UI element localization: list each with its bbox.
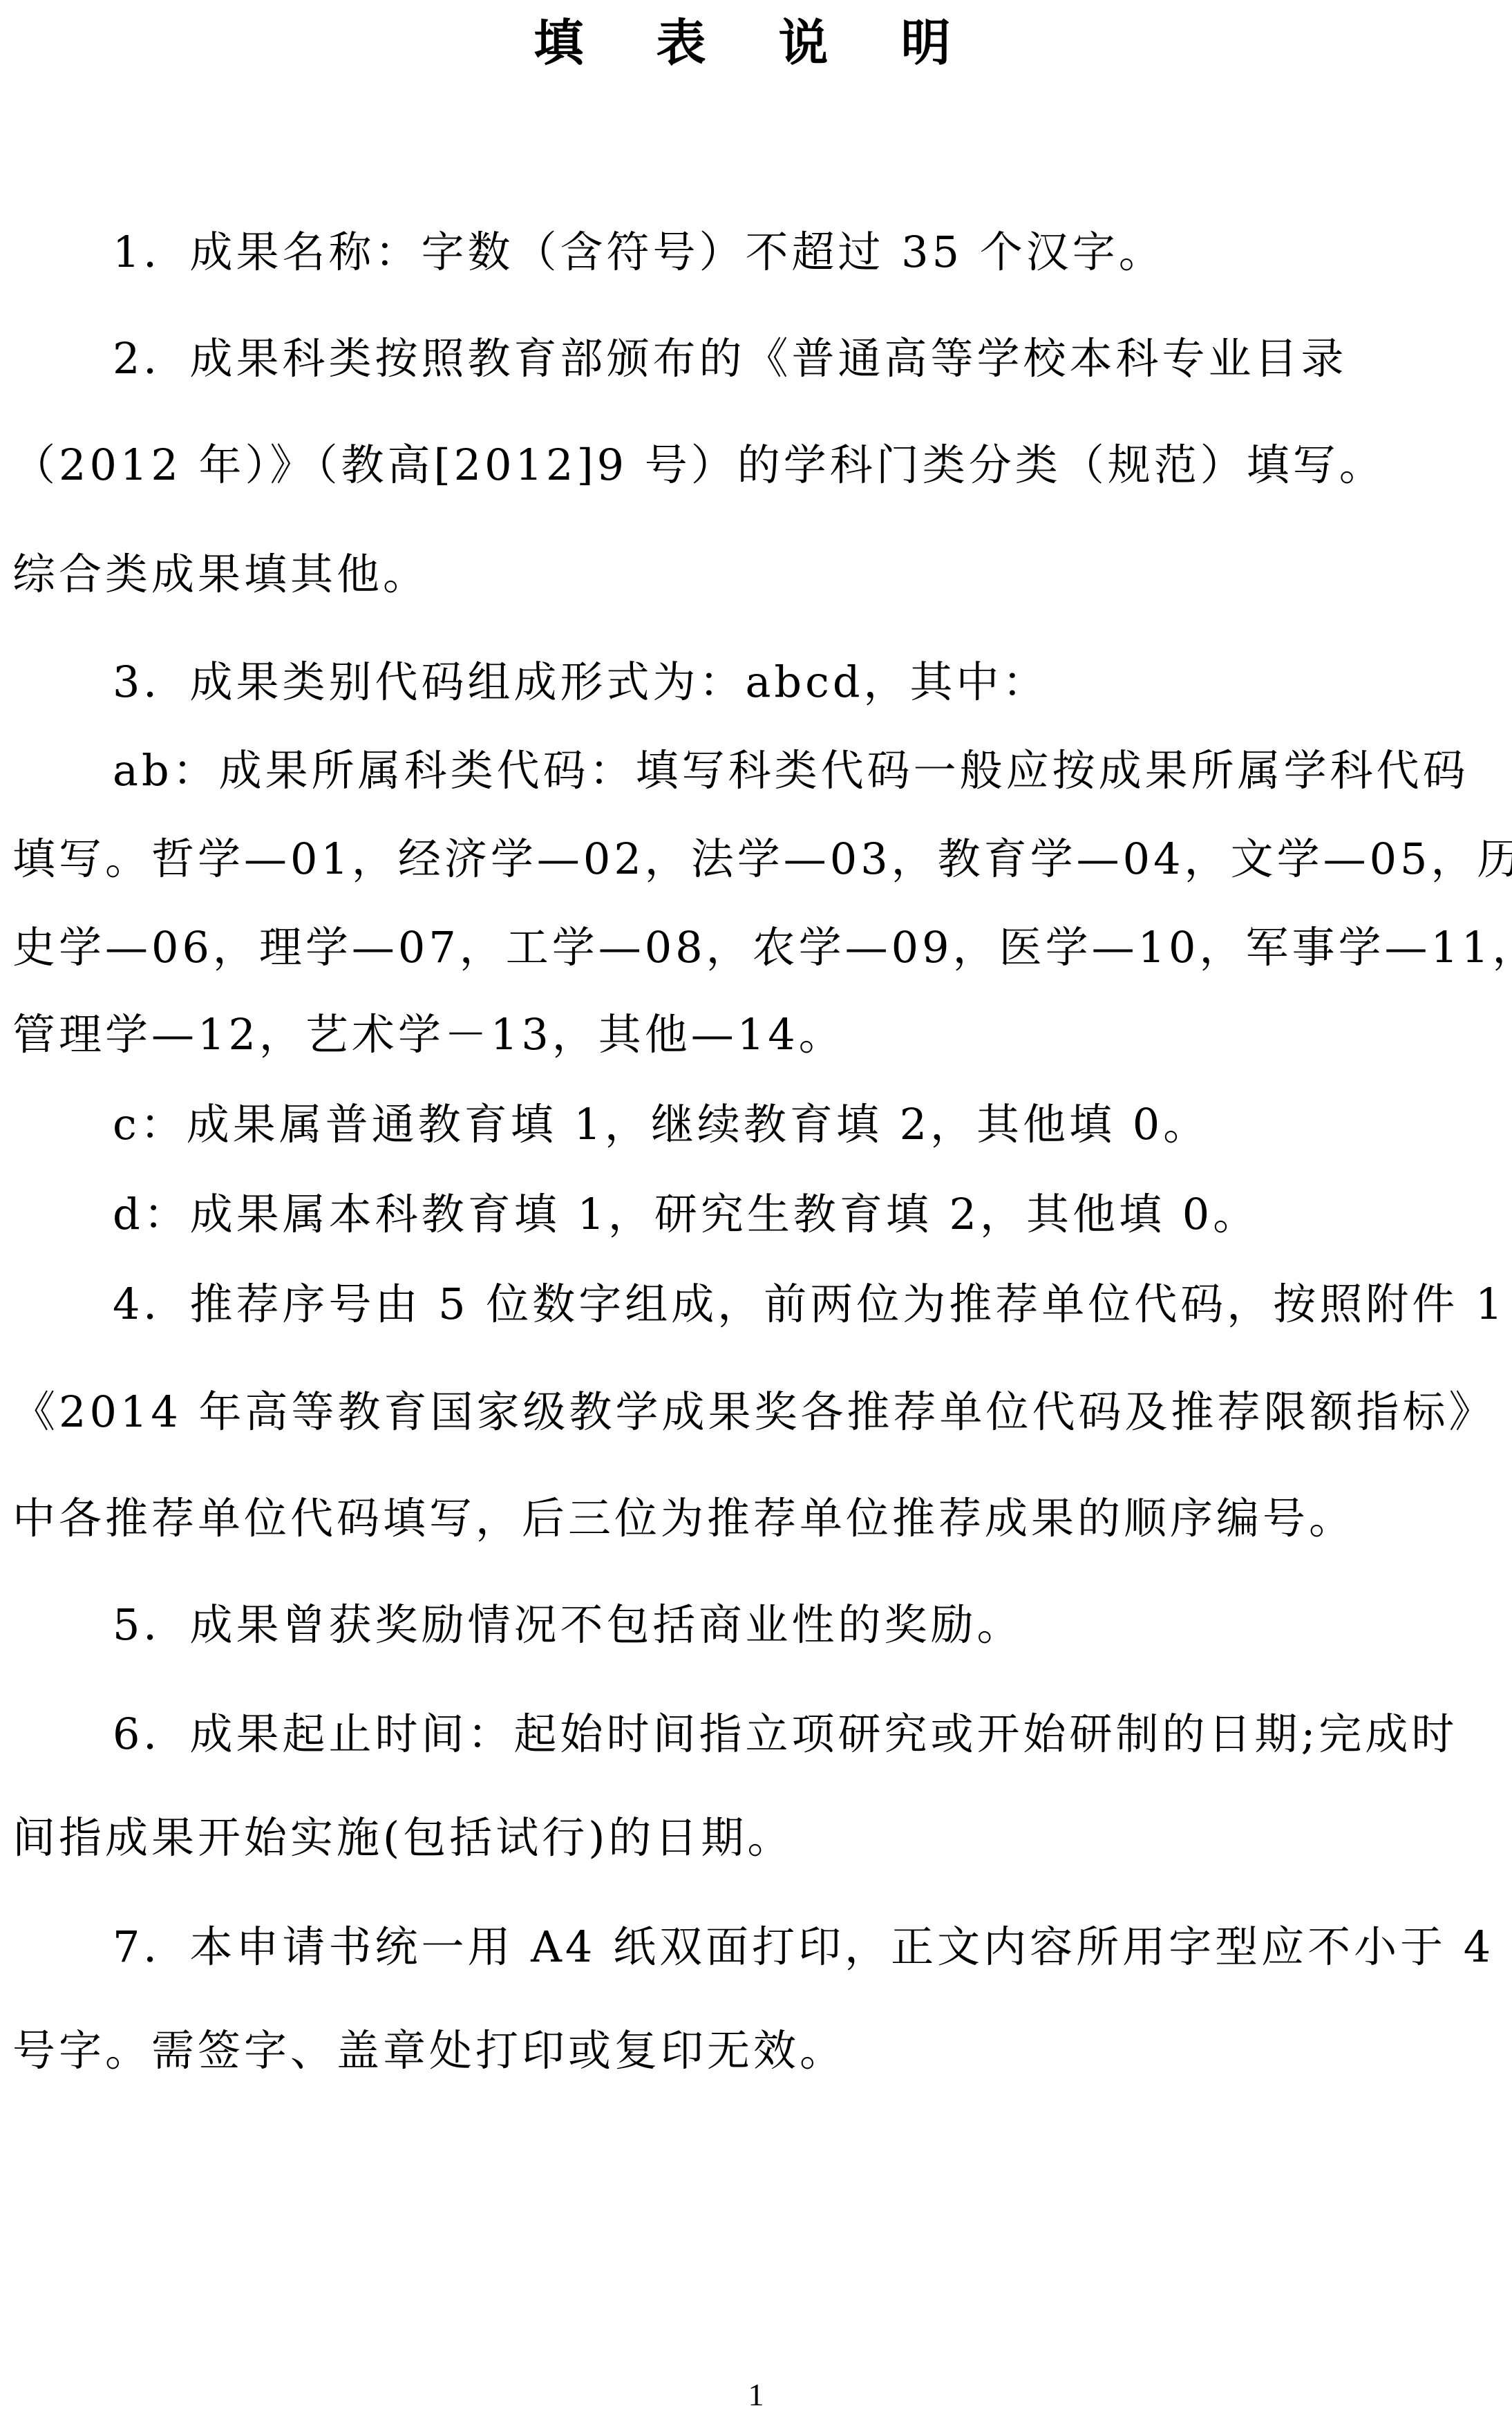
instruction-2-line-1: 2．成果科类按照教育部颁布的《普通高等学校本科专业目录 (113, 335, 1347, 383)
instruction-4-line-2: 《2014 年高等教育国家级教学成果奖各推荐单位代码及推荐限额指标》 (12, 1388, 1495, 1436)
instruction-3-ab-line-1: ab：成果所属科类代码：填写科类代码一般应按成果所属学科代码 (113, 746, 1469, 795)
instruction-4-line-3: 中各推荐单位代码填写，后三位为推荐单位推荐成果的顺序编号。 (12, 1494, 1355, 1543)
instruction-1-line-1: 1．成果名称：字数（含符号）不超过 35 个汉字。 (113, 228, 1165, 276)
instruction-7-line-2: 号字。需签字、盖章处打印或复印无效。 (12, 2027, 846, 2075)
instruction-6-line-1: 6．成果起止时间：起始时间指立项研究或开始研制的日期;完成时 (113, 1710, 1457, 1758)
page-title: 填 表 说 明 (0, 15, 1512, 71)
instruction-4-line-1: 4．推荐序号由 5 位数字组成，前两位为推荐单位代码，按照附件 1 (113, 1280, 1506, 1328)
instruction-3-ab-line-3: 史学—06，理学—07，工学—08，农学—09，医学—10，军事学—11， (12, 923, 1512, 972)
instruction-2-line-2: （2012 年）》（教高[2012]9 号）的学科门类分类（规范）填写。 (12, 441, 1386, 489)
instruction-3-c: c：成果属普通教育填 1，继续教育填 2，其他填 0。 (113, 1100, 1209, 1149)
instruction-2-line-3: 综合类成果填其他。 (12, 550, 429, 599)
instruction-3-d: d：成果属本科教育填 1，研究生教育填 2，其他填 0。 (113, 1190, 1259, 1239)
instruction-6-line-2: 间指成果开始实施(包括试行)的日期。 (12, 1814, 793, 1862)
instruction-3-ab-line-4: 管理学—12，艺术学－13，其他—14。 (12, 1011, 845, 1059)
instruction-7-line-1: 7．本申请书统一用 A4 纸双面打印，正文内容所用字型应不小于 4 (113, 1923, 1494, 1971)
instruction-3-line-1: 3．成果类别代码组成形式为：abcd，其中： (113, 658, 1049, 706)
page-number: 1 (0, 2378, 1512, 2412)
instruction-5: 5．成果曾获奖励情况不包括商业性的奖励。 (113, 1601, 1023, 1649)
instruction-3-ab-line-2: 填写。哲学—01，经济学—02，法学—03，教育学—04，文学—05，历 (12, 835, 1512, 883)
